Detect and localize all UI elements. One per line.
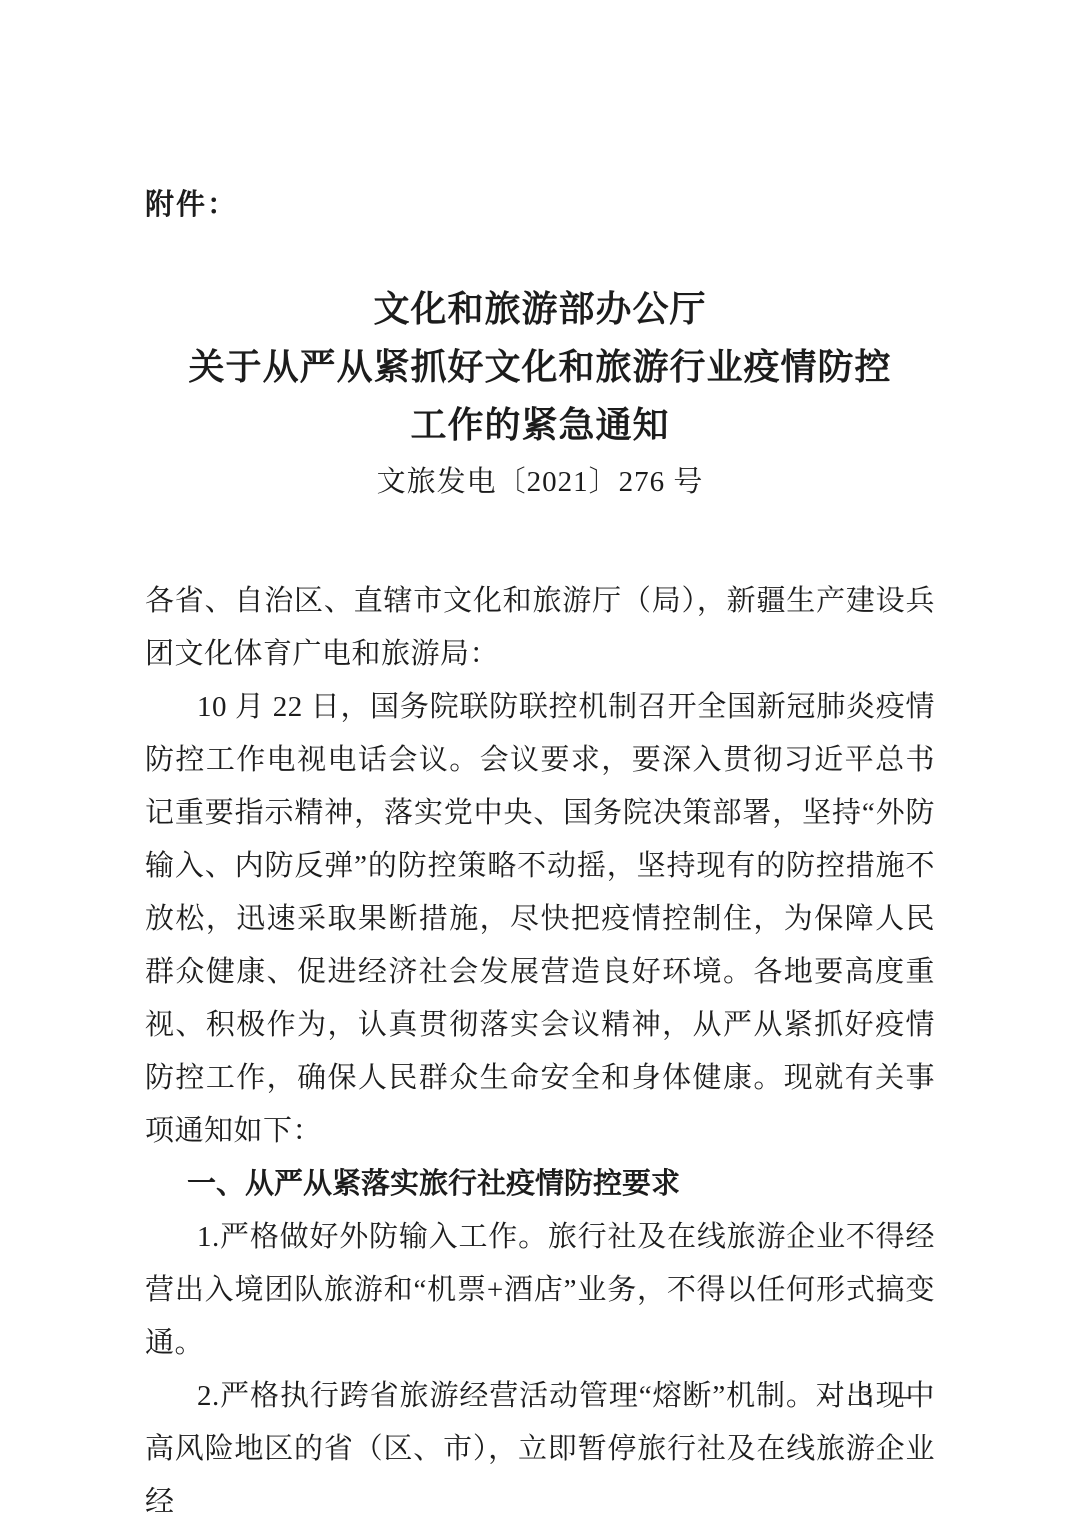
document-title: 文化和旅游部办公厅 关于从严从紧抓好文化和旅游行业疫情防控 工作的紧急通知: [145, 280, 935, 454]
title-line-1: 文化和旅游部办公厅: [145, 280, 935, 338]
title-line-2: 关于从严从紧抓好文化和旅游行业疫情防控: [145, 338, 935, 396]
section-heading-1: 一、从严从紧落实旅行社疫情防控要求: [145, 1158, 935, 1211]
document-page: 附件： 文化和旅游部办公厅 关于从严从紧抓好文化和旅游行业疫情防控 工作的紧急通…: [0, 0, 1080, 1527]
body-paragraph-2: 1.严格做好外防输入工作。旅行社及在线旅游企业不得经营出入境团队旅游和“机票+酒…: [145, 1211, 935, 1370]
document-number: 文旅发电〔2021〕276 号: [145, 464, 935, 500]
page-number: – 3 –: [821, 1378, 920, 1412]
document-body: 各省、自治区、直辖市文化和旅游厅（局），新疆生产建设兵团文化体育广电和旅游局： …: [145, 575, 935, 1527]
body-paragraph-3: 2.严格执行跨省旅游经营活动管理“熔断”机制。对出现中高风险地区的省（区、市），…: [145, 1370, 935, 1527]
salutation-line: 各省、自治区、直辖市文化和旅游厅（局），新疆生产建设兵团文化体育广电和旅游局：: [145, 575, 935, 681]
attachment-label: 附件：: [145, 188, 935, 222]
title-line-3: 工作的紧急通知: [145, 396, 935, 454]
body-paragraph-1: 10 月 22 日，国务院联防联控机制召开全国新冠肺炎疫情防控工作电视电话会议。…: [145, 681, 935, 1158]
